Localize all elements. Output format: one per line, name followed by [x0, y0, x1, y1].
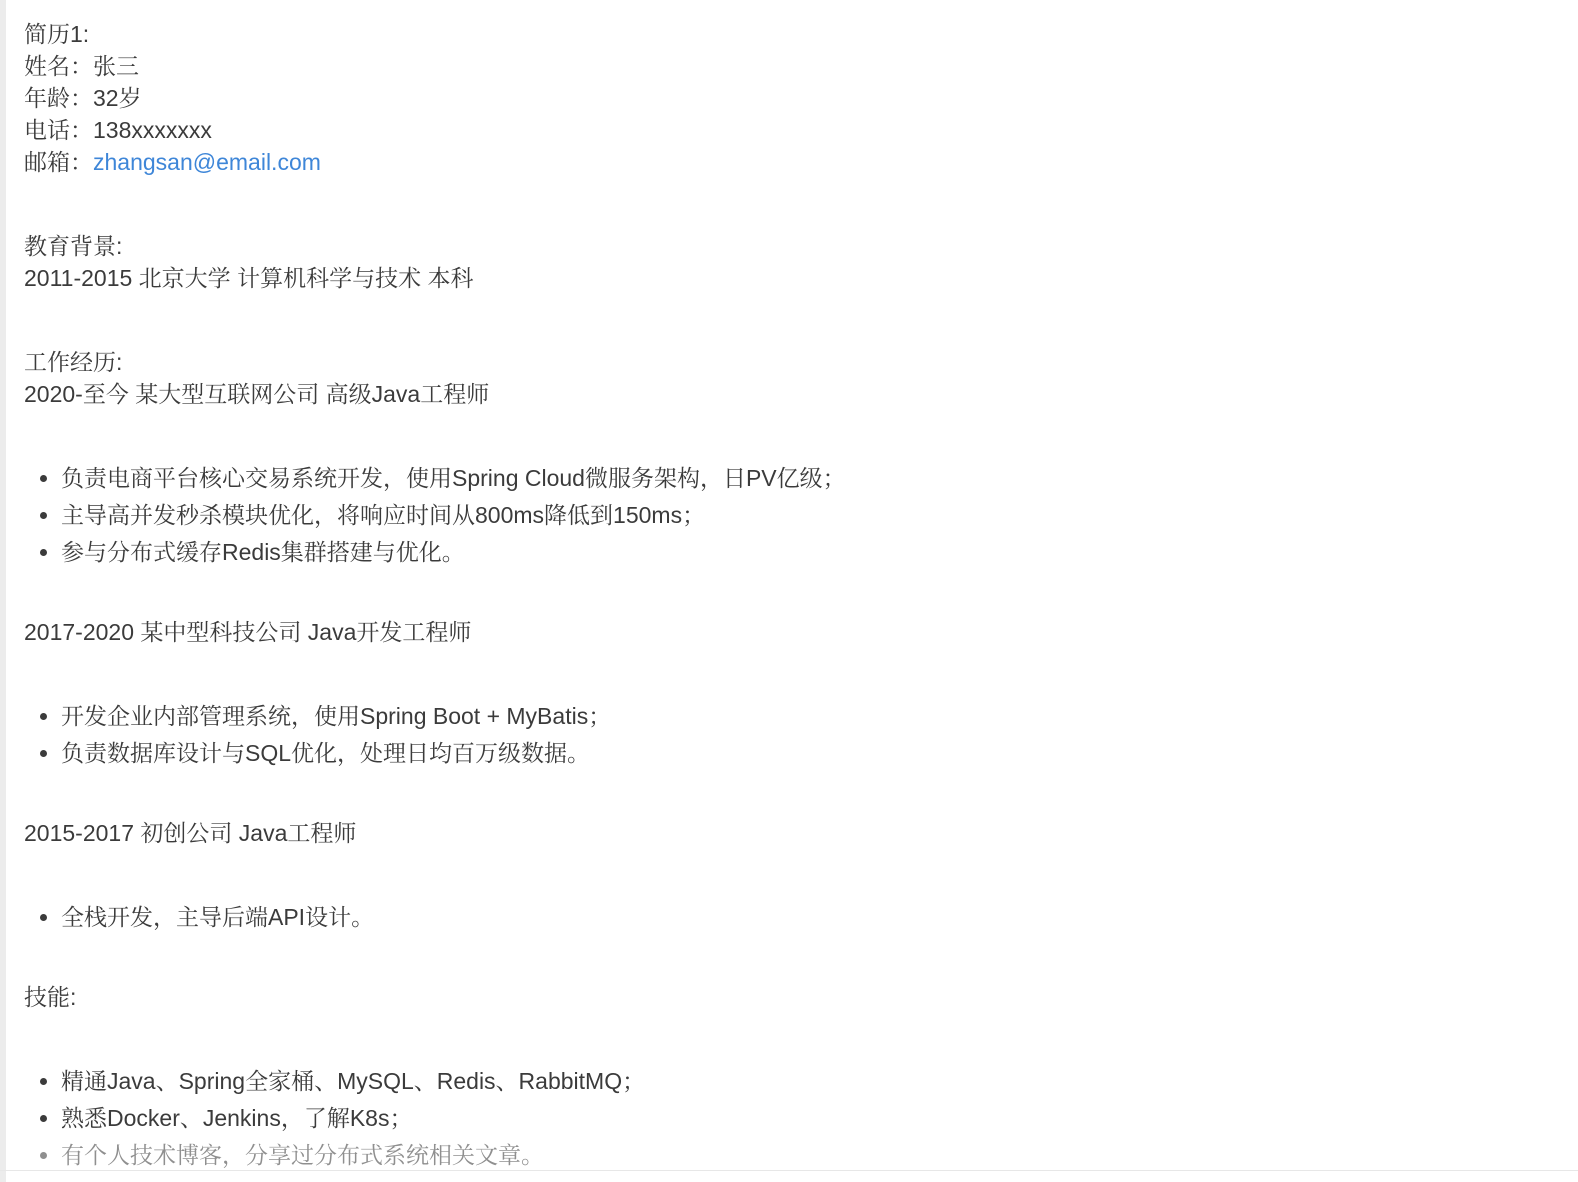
job2-bullet-list: 开发企业内部管理系统，使用Spring Boot + MyBatis； 负责数据… — [24, 700, 1538, 769]
list-item: 全栈开发，主导后端API设计。 — [24, 901, 1538, 933]
education-block: 教育背景: 2011-2015 北京大学 计算机科学与技术 本科 — [24, 230, 1538, 294]
contact-line-name: 姓名：张三 — [24, 50, 1538, 82]
list-item: 参与分布式缓存Redis集群搭建与优化。 — [24, 536, 1538, 568]
list-item: 负责数据库设计与SQL优化，处理日均百万级数据。 — [24, 737, 1538, 769]
name-label: 姓名： — [24, 53, 93, 79]
bottom-divider — [0, 1170, 1578, 1171]
contact-line-email: 邮箱：zhangsan@email.com — [24, 146, 1538, 178]
education-entry: 2011-2015 北京大学 计算机科学与技术 本科 — [24, 262, 1538, 294]
skills-bullet-list: 精通Java、Spring全家桶、MySQL、Redis、RabbitMQ； 熟… — [24, 1065, 1538, 1171]
list-item: 熟悉Docker、Jenkins，了解K8s； — [24, 1102, 1538, 1134]
job-title-3: 2015-2017 初创公司 Java工程师 — [24, 817, 1538, 849]
job3-bullet-list: 全栈开发，主导后端API设计。 — [24, 901, 1538, 933]
job1-bullet-list: 负责电商平台核心交易系统开发，使用Spring Cloud微服务架构，日PV亿级… — [24, 462, 1538, 568]
resume-title: 简历1: — [24, 18, 1538, 50]
phone-label: 电话： — [24, 117, 93, 143]
age-value: 32岁 — [93, 85, 142, 111]
list-item: 精通Java、Spring全家桶、MySQL、Redis、RabbitMQ； — [24, 1065, 1538, 1097]
age-label: 年龄： — [24, 85, 93, 111]
skills-heading: 技能: — [24, 981, 1538, 1013]
job-title-1: 2020-至今 某大型互联网公司 高级Java工程师 — [24, 378, 1538, 410]
contact-line-phone: 电话：138xxxxxxx — [24, 114, 1538, 146]
contact-block: 简历1: 姓名：张三 年龄：32岁 电话：138xxxxxxx 邮箱：zhang… — [24, 18, 1538, 178]
document-body: 简历1: 姓名：张三 年龄：32岁 电话：138xxxxxxx 邮箱：zhang… — [0, 0, 1578, 1171]
skills-block: 技能: — [24, 981, 1538, 1013]
list-item: 负责电商平台核心交易系统开发，使用Spring Cloud微服务架构，日PV亿级… — [24, 462, 1538, 494]
job-title-2: 2017-2020 某中型科技公司 Java开发工程师 — [24, 616, 1538, 648]
education-heading: 教育背景: — [24, 230, 1538, 262]
list-item: 主导高并发秒杀模块优化，将响应时间从800ms降低到150ms； — [24, 499, 1538, 531]
work-block: 工作经历: 2020-至今 某大型互联网公司 高级Java工程师 — [24, 346, 1538, 410]
list-item: 开发企业内部管理系统，使用Spring Boot + MyBatis； — [24, 700, 1538, 732]
email-label: 邮箱： — [24, 149, 93, 175]
resume-document: 简历1: 姓名：张三 年龄：32岁 电话：138xxxxxxx 邮箱：zhang… — [0, 0, 1578, 1182]
job-title-3-text: 2015-2017 初创公司 Java工程师 — [24, 817, 1538, 849]
job-title-2-text: 2017-2020 某中型科技公司 Java开发工程师 — [24, 616, 1538, 648]
email-link[interactable]: zhangsan@email.com — [93, 149, 321, 175]
name-value: 张三 — [93, 53, 139, 79]
phone-value: 138xxxxxxx — [93, 117, 212, 143]
list-item-muted: 有个人技术博客，分享过分布式系统相关文章。 — [24, 1139, 1538, 1171]
contact-line-age: 年龄：32岁 — [24, 82, 1538, 114]
work-heading: 工作经历: — [24, 346, 1538, 378]
